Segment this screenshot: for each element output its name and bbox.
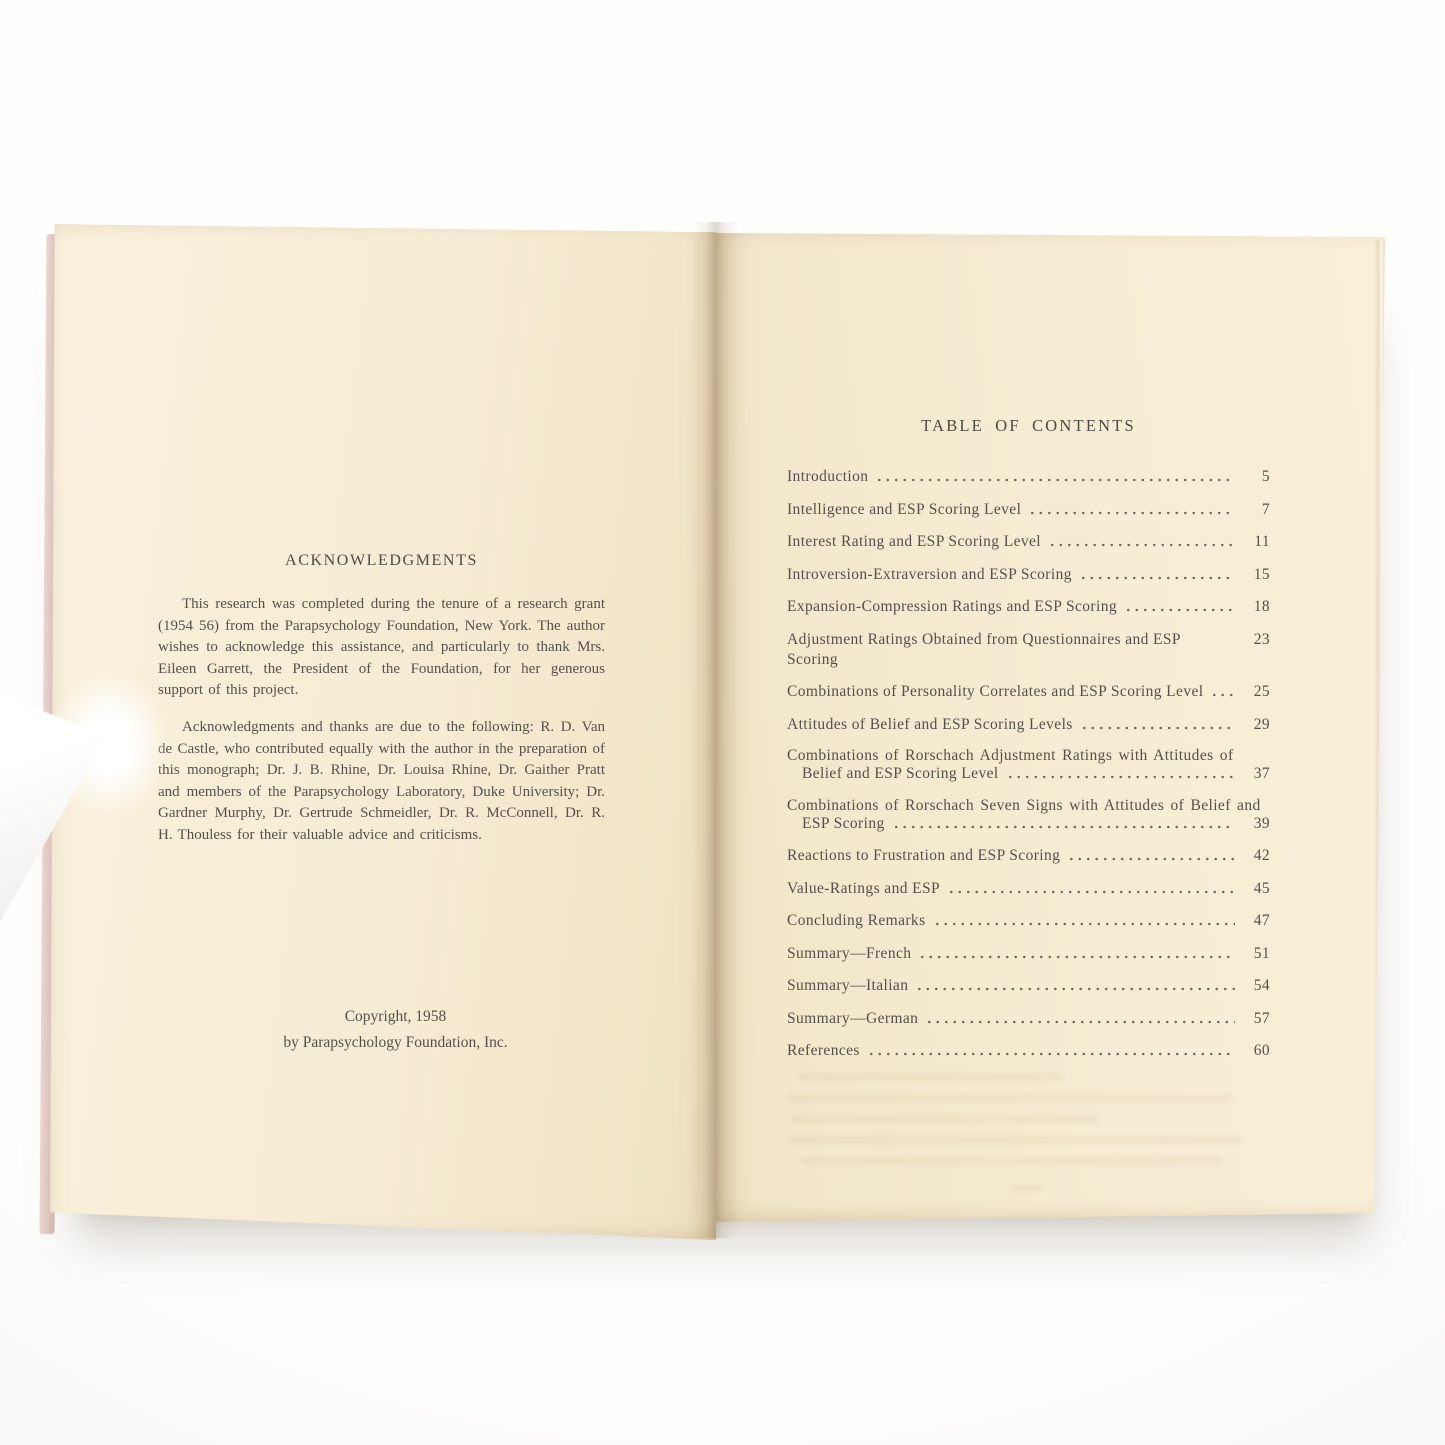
toc-entry: Expansion-Compression Ratings and ESP Sc…: [787, 597, 1270, 617]
dot-leader: [915, 986, 1235, 992]
toc-entry-title: Intelligence and ESP Scoring Level: [787, 500, 1021, 520]
toc-entry: Adjustment Ratings Obtained from Questio…: [787, 630, 1270, 670]
toc-heading: TABLE OF CONTENTS: [787, 416, 1270, 436]
toc-entry-title: Value-Ratings and ESP: [787, 879, 940, 899]
toc-page-number: 18: [1240, 597, 1270, 617]
toc-list: Introduction5Intelligence and ESP Scorin…: [787, 467, 1270, 1061]
acknowledgment-paragraph: This research was completed during the t…: [158, 594, 605, 702]
dot-leader: [892, 824, 1235, 830]
toc-entry-title: Attitudes of Belief and ESP Scoring Leve…: [787, 715, 1073, 735]
toc-entry: Combinations of Rorschach Seven Signs wi…: [787, 797, 1270, 834]
dot-leader: [1080, 725, 1235, 731]
toc-page-number: 47: [1240, 911, 1270, 931]
toc-entry-title: Interest Rating and ESP Scoring Level: [787, 532, 1041, 552]
toc-page-number: 37: [1240, 764, 1270, 784]
dot-leader: [925, 1019, 1235, 1025]
copyright-line-1: Copyright, 1958: [172, 1004, 619, 1030]
toc-entry-title-continued: Belief and ESP Scoring Level: [787, 764, 999, 784]
toc-entry: Interest Rating and ESP Scoring Level11: [787, 532, 1270, 552]
dot-leader: [1225, 660, 1235, 666]
dot-leader: [1124, 607, 1235, 613]
toc-page-number: 54: [1240, 976, 1270, 996]
toc-entry-title: Introversion-Extraversion and ESP Scorin…: [787, 565, 1072, 585]
toc-page-number: 15: [1240, 565, 1270, 585]
toc-page-number: 39: [1240, 814, 1270, 834]
toc-entry-title: Combinations of Rorschach Seven Signs wi…: [787, 797, 1270, 814]
photo-backdrop: ACKNOWLEDGMENTS This research was comple…: [0, 0, 1445, 1445]
toc-page-number: 45: [1240, 879, 1270, 899]
toc-entry: Combinations of Rorschach Adjustment Rat…: [787, 747, 1270, 784]
copyright-block: Copyright, 1958 by Parapsychology Founda…: [172, 1004, 619, 1056]
toc-entry-title: Summary—Italian: [787, 976, 908, 996]
toc-entry: Intelligence and ESP Scoring Level7: [787, 500, 1270, 520]
page-stack-edge: [1374, 240, 1386, 1214]
acknowledgments-section: ACKNOWLEDGMENTS This research was comple…: [158, 552, 605, 862]
right-page: TABLE OF CONTENTS Introduction5Intellige…: [716, 228, 1400, 1222]
dot-leader: [933, 921, 1235, 927]
toc-page-number: 60: [1240, 1041, 1270, 1061]
toc-page-number: 29: [1240, 715, 1270, 735]
toc-entry: Introversion-Extraversion and ESP Scorin…: [787, 565, 1270, 585]
toc-entry-title: Expansion-Compression Ratings and ESP Sc…: [787, 597, 1117, 617]
table-of-contents-section: TABLE OF CONTENTS Introduction5Intellige…: [787, 416, 1270, 1074]
toc-entry-title: Concluding Remarks: [787, 911, 926, 931]
toc-entry: Summary—French51: [787, 944, 1270, 964]
dot-leader: [1048, 542, 1235, 548]
toc-entry-title: References: [787, 1041, 860, 1061]
toc-entry: Summary—Italian54: [787, 976, 1270, 996]
left-page: ACKNOWLEDGMENTS This research was comple…: [48, 220, 716, 1242]
toc-entry-title: Summary—German: [787, 1009, 918, 1029]
copyright-line-2: by Parapsychology Foundation, Inc.: [172, 1030, 619, 1056]
acknowledgments-heading: ACKNOWLEDGMENTS: [158, 552, 605, 570]
toc-entry-title-continued: ESP Scoring: [787, 814, 885, 834]
toc-page-number: 57: [1240, 1009, 1270, 1029]
toc-entry-title: Summary—French: [787, 944, 911, 964]
toc-entry: Introduction5: [787, 467, 1270, 487]
dot-leader: [875, 477, 1235, 483]
dot-leader: [1079, 575, 1235, 581]
toc-entry: Concluding Remarks47: [787, 911, 1270, 931]
toc-page-number: 42: [1240, 846, 1270, 866]
toc-entry-title: Introduction: [787, 467, 868, 487]
toc-entry: Combinations of Personality Correlates a…: [787, 682, 1270, 702]
toc-entry-title: Combinations of Rorschach Adjustment Rat…: [787, 747, 1270, 764]
dot-leader: [947, 889, 1235, 895]
toc-entry: Summary—German57: [787, 1009, 1270, 1029]
toc-entry: References60: [787, 1041, 1270, 1061]
dot-leader: [1210, 692, 1235, 698]
toc-page-number: 11: [1240, 532, 1270, 552]
toc-entry: Value-Ratings and ESP45: [787, 879, 1270, 899]
dot-leader: [1067, 856, 1235, 862]
toc-page-number: 7: [1240, 500, 1270, 520]
toc-page-number: 25: [1240, 682, 1270, 702]
toc-entry-title: Combinations of Personality Correlates a…: [787, 682, 1203, 702]
dot-leader: [867, 1051, 1235, 1057]
toc-page-number: 5: [1240, 467, 1270, 487]
toc-page-number: 23: [1240, 630, 1270, 650]
toc-entry: Attitudes of Belief and ESP Scoring Leve…: [787, 715, 1270, 735]
bleed-through-text: [787, 1073, 1265, 1192]
acknowledgment-paragraph: Acknowledgments and thanks are due to th…: [158, 717, 605, 847]
acknowledgments-paragraphs: This research was completed during the t…: [158, 594, 605, 847]
dot-leader: [1028, 510, 1235, 516]
toc-entry: Reactions to Frustration and ESP Scoring…: [787, 846, 1270, 866]
toc-entry-title: Reactions to Frustration and ESP Scoring: [787, 846, 1060, 866]
dot-leader: [1006, 774, 1235, 780]
toc-entry-title: Adjustment Ratings Obtained from Questio…: [787, 630, 1218, 670]
toc-page-number: 51: [1240, 944, 1270, 964]
dot-leader: [918, 954, 1235, 960]
